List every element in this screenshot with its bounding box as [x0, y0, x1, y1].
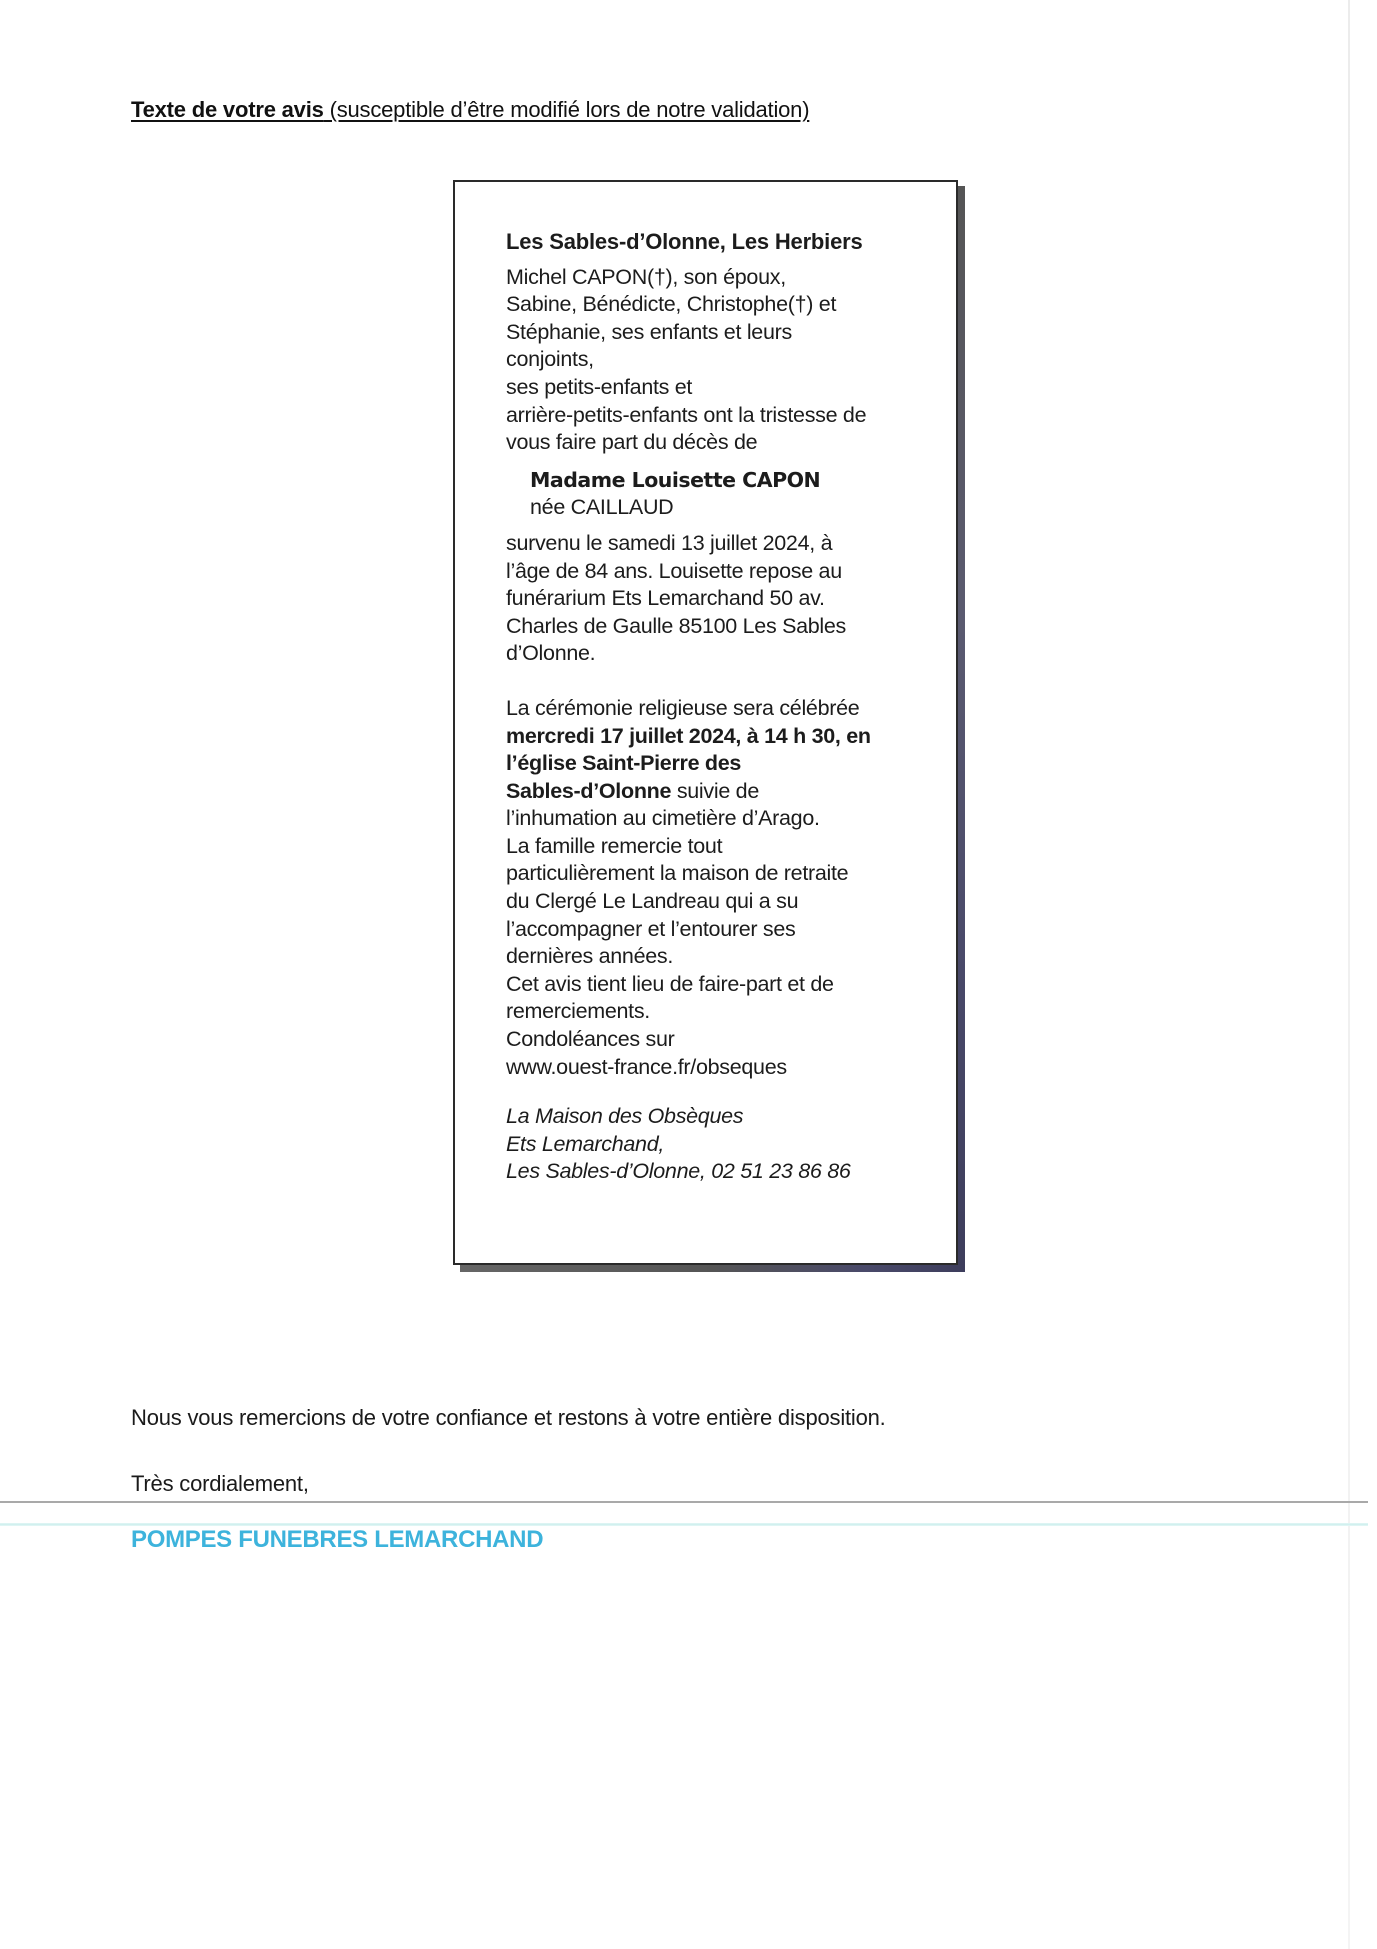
signature-line: Les Sables-d’Olonne, 02 51 23 86 86: [506, 1158, 926, 1186]
heading-bold: Texte de votre avis: [131, 97, 324, 122]
death-line: l’âge de 84 ans. Louisette repose au: [506, 558, 926, 586]
notice-shadow-bottom: [460, 1265, 965, 1272]
death-line: funérarium Ets Lemarchand 50 av.: [506, 585, 926, 613]
family-line: Michel CAPON(†), son époux,: [506, 264, 926, 292]
thanks-line: Condoléances sur: [506, 1026, 926, 1054]
thanks-line: remerciements.: [506, 998, 926, 1026]
family-line: ses petits-enfants et: [506, 374, 926, 402]
thanks-line: particulièrement la maison de retraite: [506, 860, 926, 888]
thanks-line: dernières années.: [506, 943, 926, 971]
maiden-name: née CAILLAUD: [530, 494, 926, 522]
family-line: conjoints,: [506, 346, 926, 374]
closing-salutation: Très cordialement,: [131, 1471, 309, 1497]
ceremony-town: Sables-d’Olonne: [506, 779, 671, 803]
ceremony-line: Sables-d’Olonne suivie de: [506, 778, 926, 806]
death-line: d’Olonne.: [506, 640, 926, 668]
signature-line: Ets Lemarchand,: [506, 1131, 926, 1159]
closing-thanks: Nous vous remercions de votre confiance …: [131, 1405, 886, 1431]
heading-note: (susceptible d’être modifié lors de notr…: [324, 97, 810, 122]
section-heading: Texte de votre avis (susceptible d’être …: [131, 97, 809, 123]
family-announcement: Michel CAPON(†), son époux, Sabine, Béné…: [506, 264, 926, 457]
condolences-url: www.ouest-france.fr/obseques: [506, 1054, 926, 1082]
ceremony-date: mercredi 17 juillet 2024, à 14 h 30, en: [506, 723, 926, 751]
thanks-line: l’accompagner et l’entourer ses: [506, 916, 926, 944]
thanks-line: La famille remercie tout: [506, 833, 926, 861]
thanks-line: Cet avis tient lieu de faire-part et de: [506, 971, 926, 999]
deceased-block: Madame Louisette CAPON née CAILLAUD: [530, 467, 926, 522]
funeral-home-signature: La Maison des Obsèques Ets Lemarchand, L…: [506, 1103, 926, 1186]
signature-line: La Maison des Obsèques: [506, 1103, 926, 1131]
family-line: Sabine, Bénédicte, Christophe(†) et: [506, 291, 926, 319]
paragraph-gap: [506, 668, 926, 695]
family-line: vous faire part du décès de: [506, 429, 926, 457]
page-edge-scan-artifact: [1348, 0, 1350, 1949]
ceremony-line-rest: suivie de: [671, 779, 759, 803]
death-line: Charles de Gaulle 85100 Les Sables: [506, 613, 926, 641]
ceremony-details: La cérémonie religieuse sera célébrée me…: [506, 695, 926, 833]
ceremony-line: La cérémonie religieuse sera célébrée: [506, 695, 926, 723]
family-line: arrière-petits-enfants ont la tristesse …: [506, 402, 926, 430]
thanks-line: du Clergé Le Landreau qui a su: [506, 888, 926, 916]
deceased-name: Madame Louisette CAPON: [530, 467, 926, 495]
death-line: survenu le samedi 13 juillet 2024, à: [506, 530, 926, 558]
obituary-notice-content: Les Sables-d’Olonne, Les Herbiers Michel…: [506, 228, 926, 1186]
company-name: POMPES FUNEBRES LEMARCHAND: [131, 1526, 543, 1554]
ceremony-place: l’église Saint-Pierre des: [506, 750, 926, 778]
divider-gray: [0, 1501, 1368, 1503]
thanks-details: La famille remercie tout particulièremen…: [506, 833, 926, 1081]
notice-location: Les Sables-d’Olonne, Les Herbiers: [506, 228, 926, 256]
notice-shadow-right: [958, 186, 965, 1272]
burial-line: l’inhumation au cimetière d’Arago.: [506, 805, 926, 833]
death-details: survenu le samedi 13 juillet 2024, à l’â…: [506, 530, 926, 668]
family-line: Stéphanie, ses enfants et leurs: [506, 319, 926, 347]
